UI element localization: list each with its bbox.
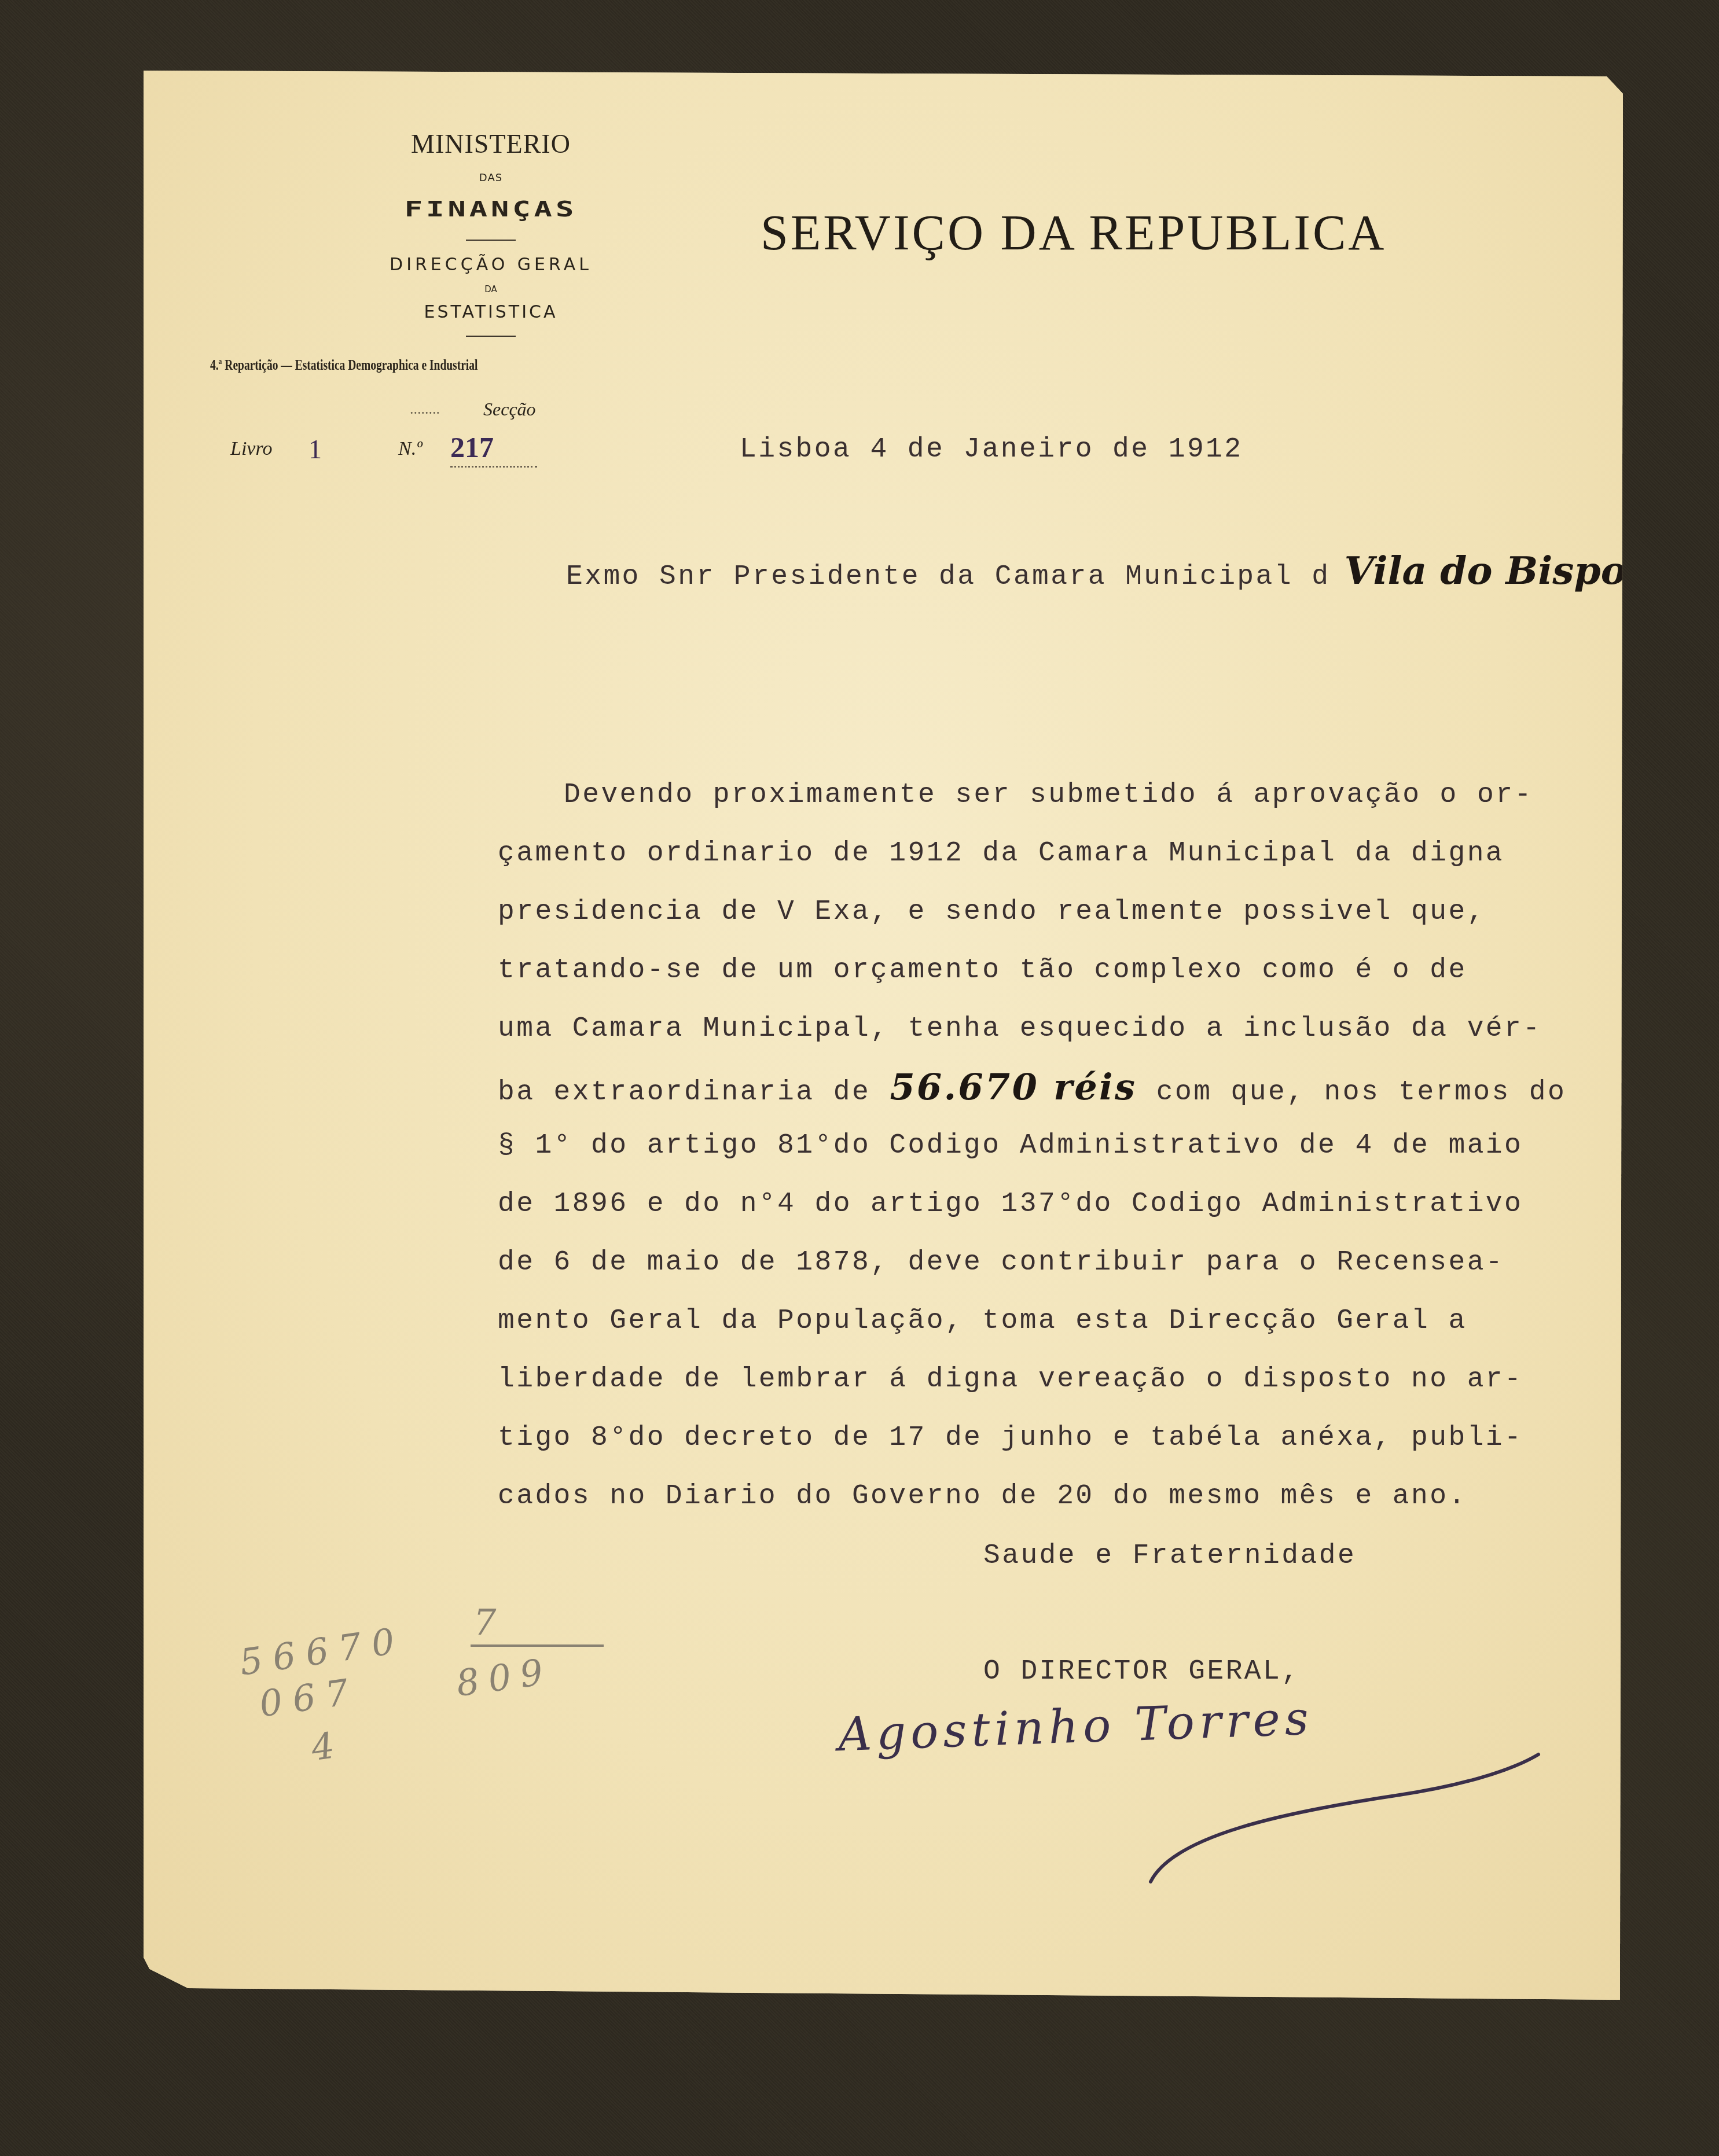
body-line: presidencia de V Exa, e sendo realmente …: [498, 896, 1486, 928]
pencil-note: 7: [473, 1601, 496, 1643]
body-line: de 1896 e do n°4 do artigo 137°do Codigo…: [498, 1189, 1523, 1220]
letterhead-estatistica: ESTATISTICA: [317, 302, 664, 322]
body-line: mento Geral da População, toma esta Dire…: [498, 1305, 1467, 1337]
salutation: Saude e Fraternidade: [983, 1540, 1356, 1572]
letterhead-da: DA: [317, 284, 664, 295]
letterhead-das: DAS: [317, 172, 664, 184]
body-line: cados no Diario do Governo de 20 do mesm…: [498, 1481, 1467, 1512]
date-line: Lisboa 4 de Janeiro de 1912: [740, 434, 1243, 465]
letterhead-ministerio: MINISTERIO: [317, 128, 664, 159]
addressee-typed: Exmo Snr Presidente da Camara Municipal …: [566, 561, 1330, 593]
body-line-text: com que, nos termos do: [1156, 1077, 1567, 1108]
pencil-rule: [471, 1644, 604, 1647]
seccao-dots: ........: [410, 400, 440, 418]
body-line: Devendo proximamente ser submetido á apr…: [564, 779, 1533, 811]
pencil-note: 4: [308, 1724, 337, 1769]
letterhead-rule: [466, 240, 516, 241]
signature-flourish: [1139, 1749, 1544, 1888]
body-line: uma Camara Municipal, tenha esquecido a …: [498, 1013, 1541, 1044]
body-line-amount: ba extraordinaria de 56.670 réis com que…: [498, 1066, 1566, 1108]
letterhead-direccao-geral: DIRECÇÃO GERAL: [317, 255, 664, 275]
pencil-note: 809: [454, 1650, 555, 1705]
letterhead-reparticao: 4.ª Repartição — Estatistica Demographic…: [210, 358, 477, 374]
handwritten-amount: 56.670 réis: [890, 1066, 1137, 1108]
body-line: de 6 de maio de 1878, deve contribuir pa…: [498, 1247, 1504, 1278]
body-line: çamento ordinario de 1912 da Camara Muni…: [498, 838, 1504, 869]
seccao-label: Secção: [483, 399, 536, 420]
numero-value: 217: [450, 431, 494, 464]
addressee-handwritten: Vila do Bispo: [1344, 548, 1626, 593]
addressee: Exmo Snr Presidente da Camara Municipal …: [566, 548, 1626, 593]
letterhead-financas: FINANÇAS: [317, 197, 664, 222]
body-line: liberdade de lembrar á digna vereação o …: [498, 1364, 1523, 1395]
body-line: tigo 8°do decreto de 17 de junho e tabél…: [498, 1422, 1523, 1454]
livro-value: 1: [308, 434, 322, 465]
letter-sheet: MINISTERIO DAS FINANÇAS DIRECÇÃO GERAL D…: [144, 71, 1623, 2000]
numero-dotted-line: [450, 466, 537, 468]
body-line-text: ba extraordinaria de: [498, 1077, 870, 1108]
letterhead-rule: [466, 336, 516, 337]
body-line: tratando-se de um orçamento tão complexo…: [498, 955, 1467, 986]
page-title: SERVIÇO DA REPUBLICA: [761, 204, 1386, 262]
numero-label: N.º: [398, 438, 423, 460]
livro-label: Livro: [230, 438, 272, 460]
body-line: § 1° do artigo 81°do Codigo Administrati…: [498, 1130, 1523, 1161]
signatory-title: O DIRECTOR GERAL,: [983, 1656, 1300, 1687]
